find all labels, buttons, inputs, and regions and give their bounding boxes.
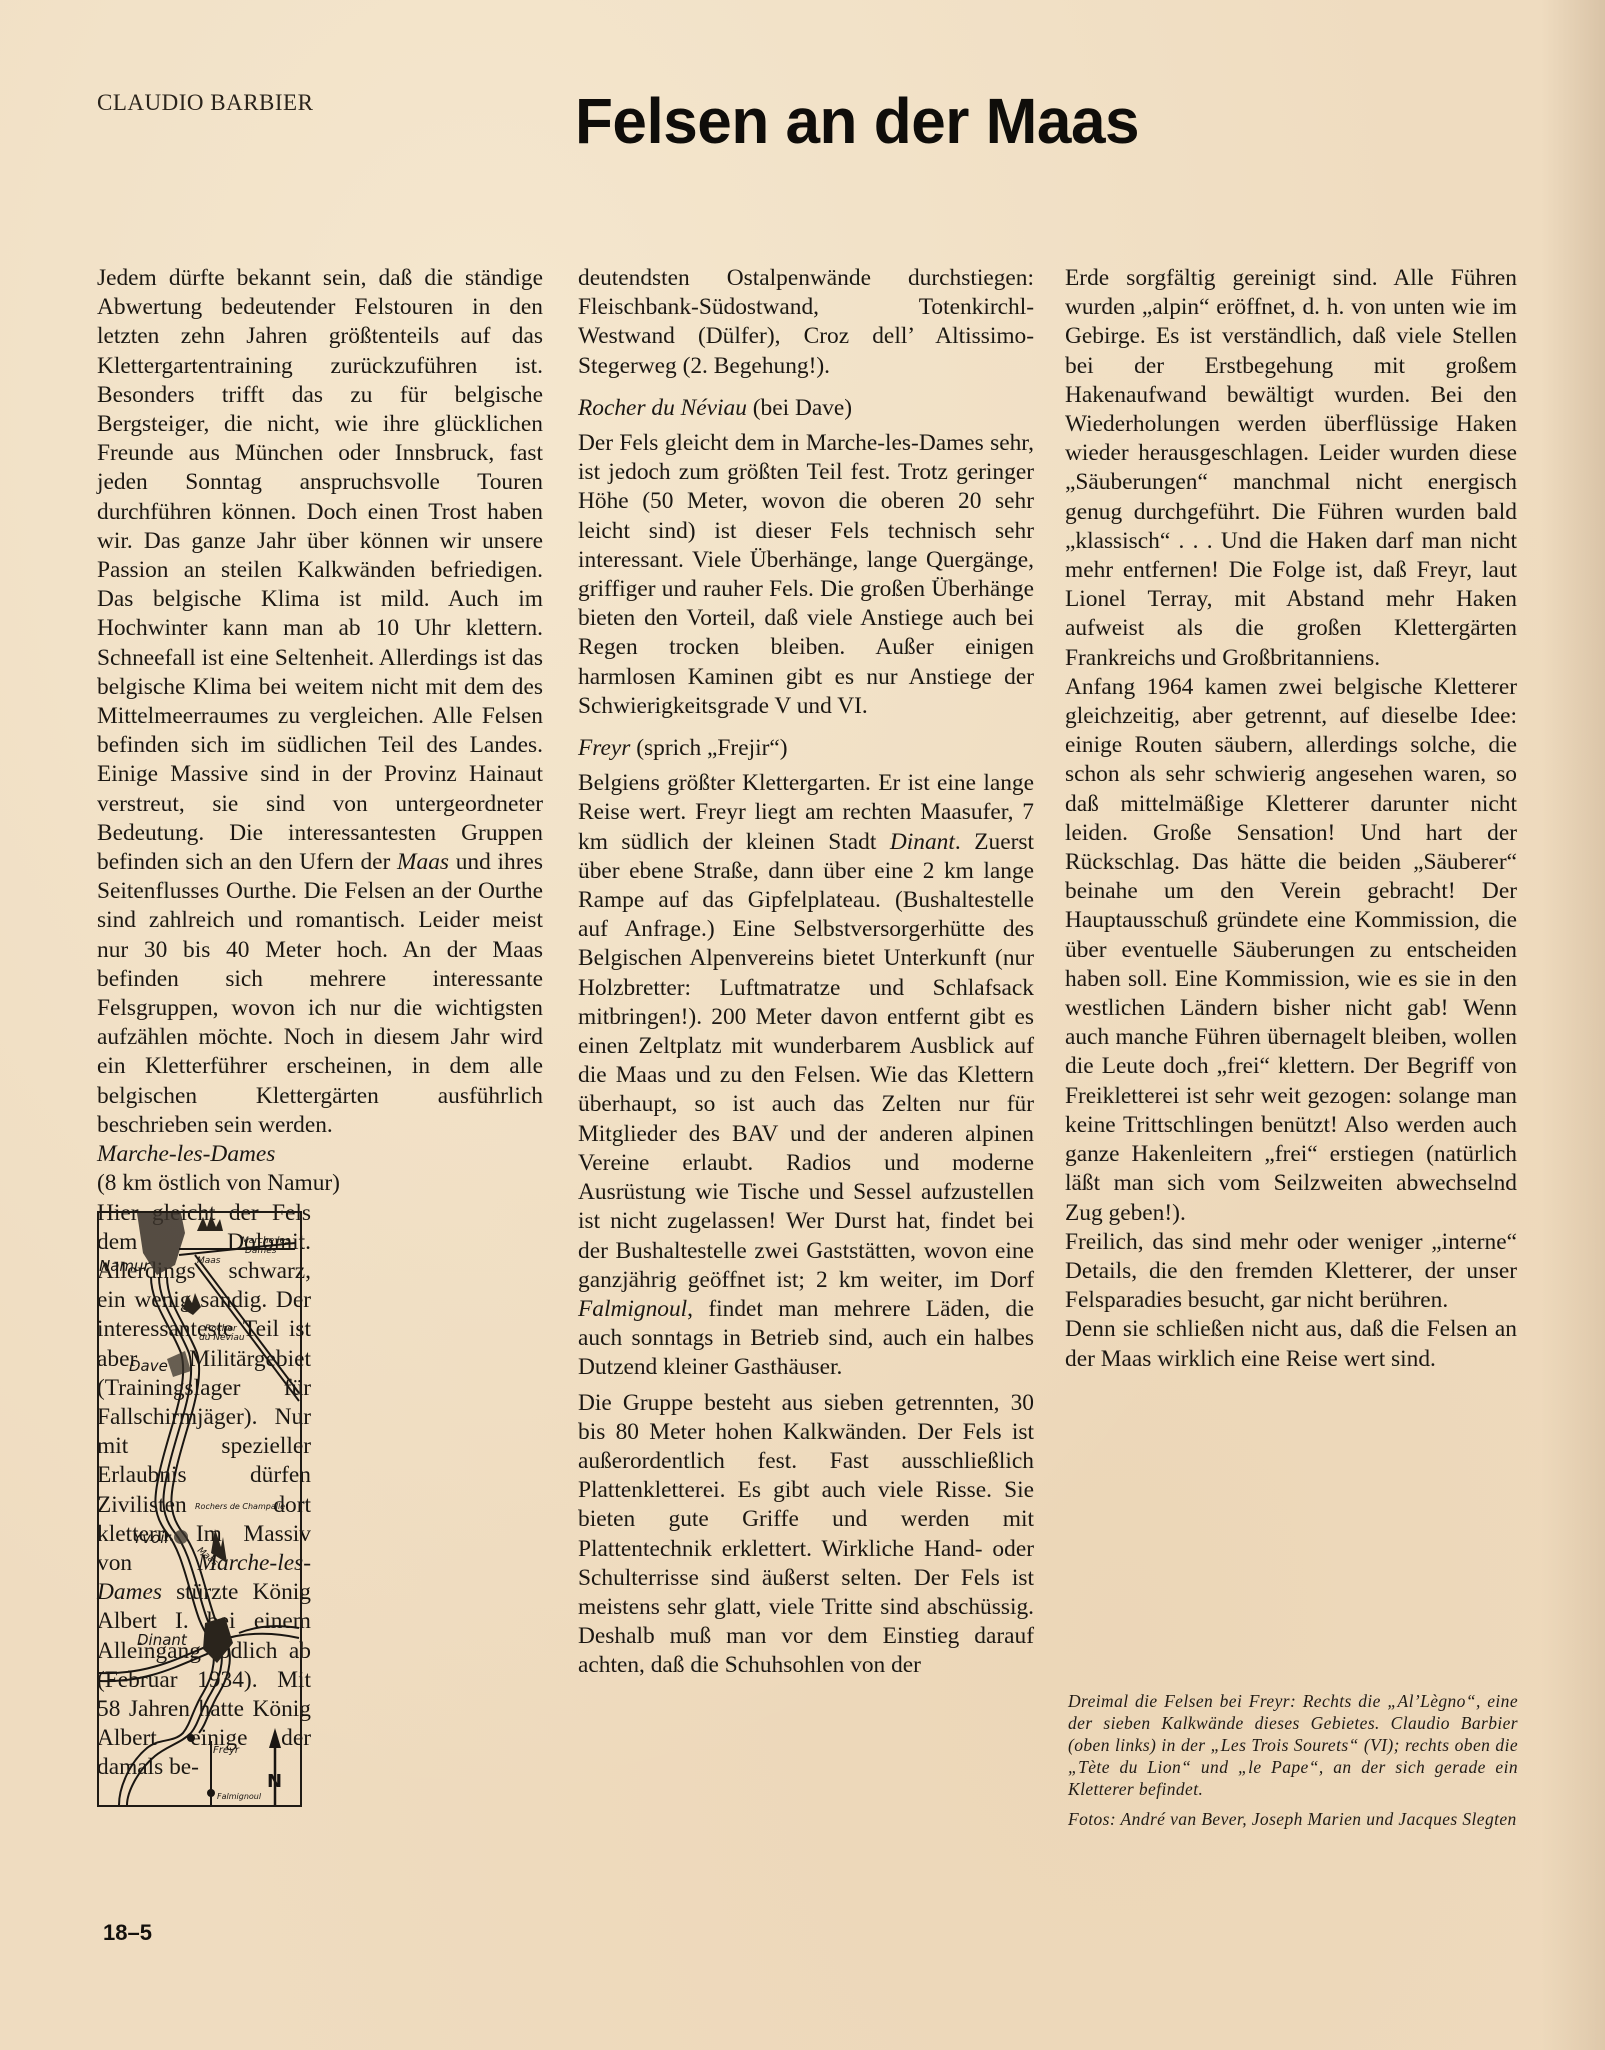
map-label-neviau: du Néviau xyxy=(199,1332,245,1343)
map-label-maas-top: Maas xyxy=(197,1256,221,1266)
freyr-heading-sub: (sprich „Frejir“) xyxy=(630,735,787,761)
column-3: Erde sorgfältig gereinigt sind. Alle Füh… xyxy=(1065,264,1517,1374)
map-label-namur: Namur xyxy=(99,1257,151,1275)
map-label-champalle: Rochers de Champalle xyxy=(195,1502,285,1511)
column3-paragraph-1: Erde sorgfältig gereinigt sind. Alle Füh… xyxy=(1065,264,1517,673)
photo-credits: Fotos: André van Bever, Joseph Marien un… xyxy=(1068,1808,1518,1830)
neviau-paragraph: Der Fels gleicht dem in Marche-les-Dames… xyxy=(578,429,1034,721)
freyr-text-2: . Zuerst über ebene Straße, dann über ei… xyxy=(578,829,1034,1293)
neviau-heading-italic: Rocher du Néviau xyxy=(578,395,747,421)
freyr-italic-falmignoul: Falmignoul xyxy=(578,1296,687,1322)
column3-paragraph-2: Anfang 1964 kamen zwei belgische Kletter… xyxy=(1065,673,1517,1228)
article-title: Felsen an der Maas xyxy=(575,84,1139,158)
author-byline: CLAUDIO BARBIER xyxy=(97,90,313,116)
map-label-marche: Marche les xyxy=(241,1236,290,1246)
intro-paragraph: Jedem dürfte bekannt sein, daß die ständ… xyxy=(97,264,543,1140)
freyr-italic-dinant: Dinant xyxy=(890,829,955,855)
group-paragraph: Die Gruppe besteht aus sieben getrennten… xyxy=(578,1389,1034,1681)
column-1: Jedem dürfte bekannt sein, daß die ständ… xyxy=(97,264,543,1819)
photo-caption: Dreimal die Felsen bei Freyr: Rechts die… xyxy=(1068,1690,1518,1838)
neviau-heading-sub: (bei Dave) xyxy=(747,395,852,421)
map-label-dames: Dames xyxy=(245,1246,277,1256)
column3-paragraph-4: Denn sie schließen nicht aus, daß die Fe… xyxy=(1065,1315,1517,1373)
map-label-freyr: Freyr xyxy=(213,1745,240,1756)
freyr-heading-italic: Freyr xyxy=(578,735,630,761)
map-label-dinant: Dinant xyxy=(137,1631,188,1649)
section-heading-marche: Marche-les-Dames xyxy=(97,1140,543,1169)
column-2: deutendsten Ostalpenwände durchstiegen: … xyxy=(578,264,1034,1681)
meuse-river-map-icon: Namur Marche les Dames Maas Rocher du Né… xyxy=(99,1213,300,1805)
map-figure: Namur Marche les Dames Maas Rocher du Né… xyxy=(97,1211,302,1807)
north-arrow-icon: N xyxy=(267,1771,282,1792)
section-subheading-marche: (8 km östlich von Namur) xyxy=(97,1169,543,1198)
caption-text: Dreimal die Felsen bei Freyr: Rechts die… xyxy=(1068,1690,1518,1800)
column3-paragraph-3: Freilich, das sind mehr oder weniger „in… xyxy=(1065,1228,1517,1316)
map-wrap-area: Namur Marche les Dames Maas Rocher du Né… xyxy=(97,1199,543,1819)
intro-text: Jedem dürfte bekannt sein, daß die ständ… xyxy=(97,265,543,875)
intro-italic-maas: Maas xyxy=(397,849,449,875)
map-label-falmignoul: Falmignoul xyxy=(217,1792,262,1801)
page-number: 18–5 xyxy=(103,1920,152,1946)
intro-text-end: und ihres Seitenflusses Ourthe. Die Fels… xyxy=(97,849,543,1138)
map-label-dave: Dave xyxy=(129,1357,168,1375)
continuation-paragraph: deutendsten Ostalpenwände durchstiegen: … xyxy=(578,264,1034,381)
section-heading-freyr: Freyr (sprich „Frejir“) xyxy=(578,734,1034,763)
freyr-paragraph: Belgiens größter Klettergarten. Er ist e… xyxy=(578,769,1034,1382)
section-heading-neviau: Rocher du Néviau (bei Dave) xyxy=(578,394,1034,423)
map-label-yvoir: Yvoir xyxy=(133,1529,171,1547)
